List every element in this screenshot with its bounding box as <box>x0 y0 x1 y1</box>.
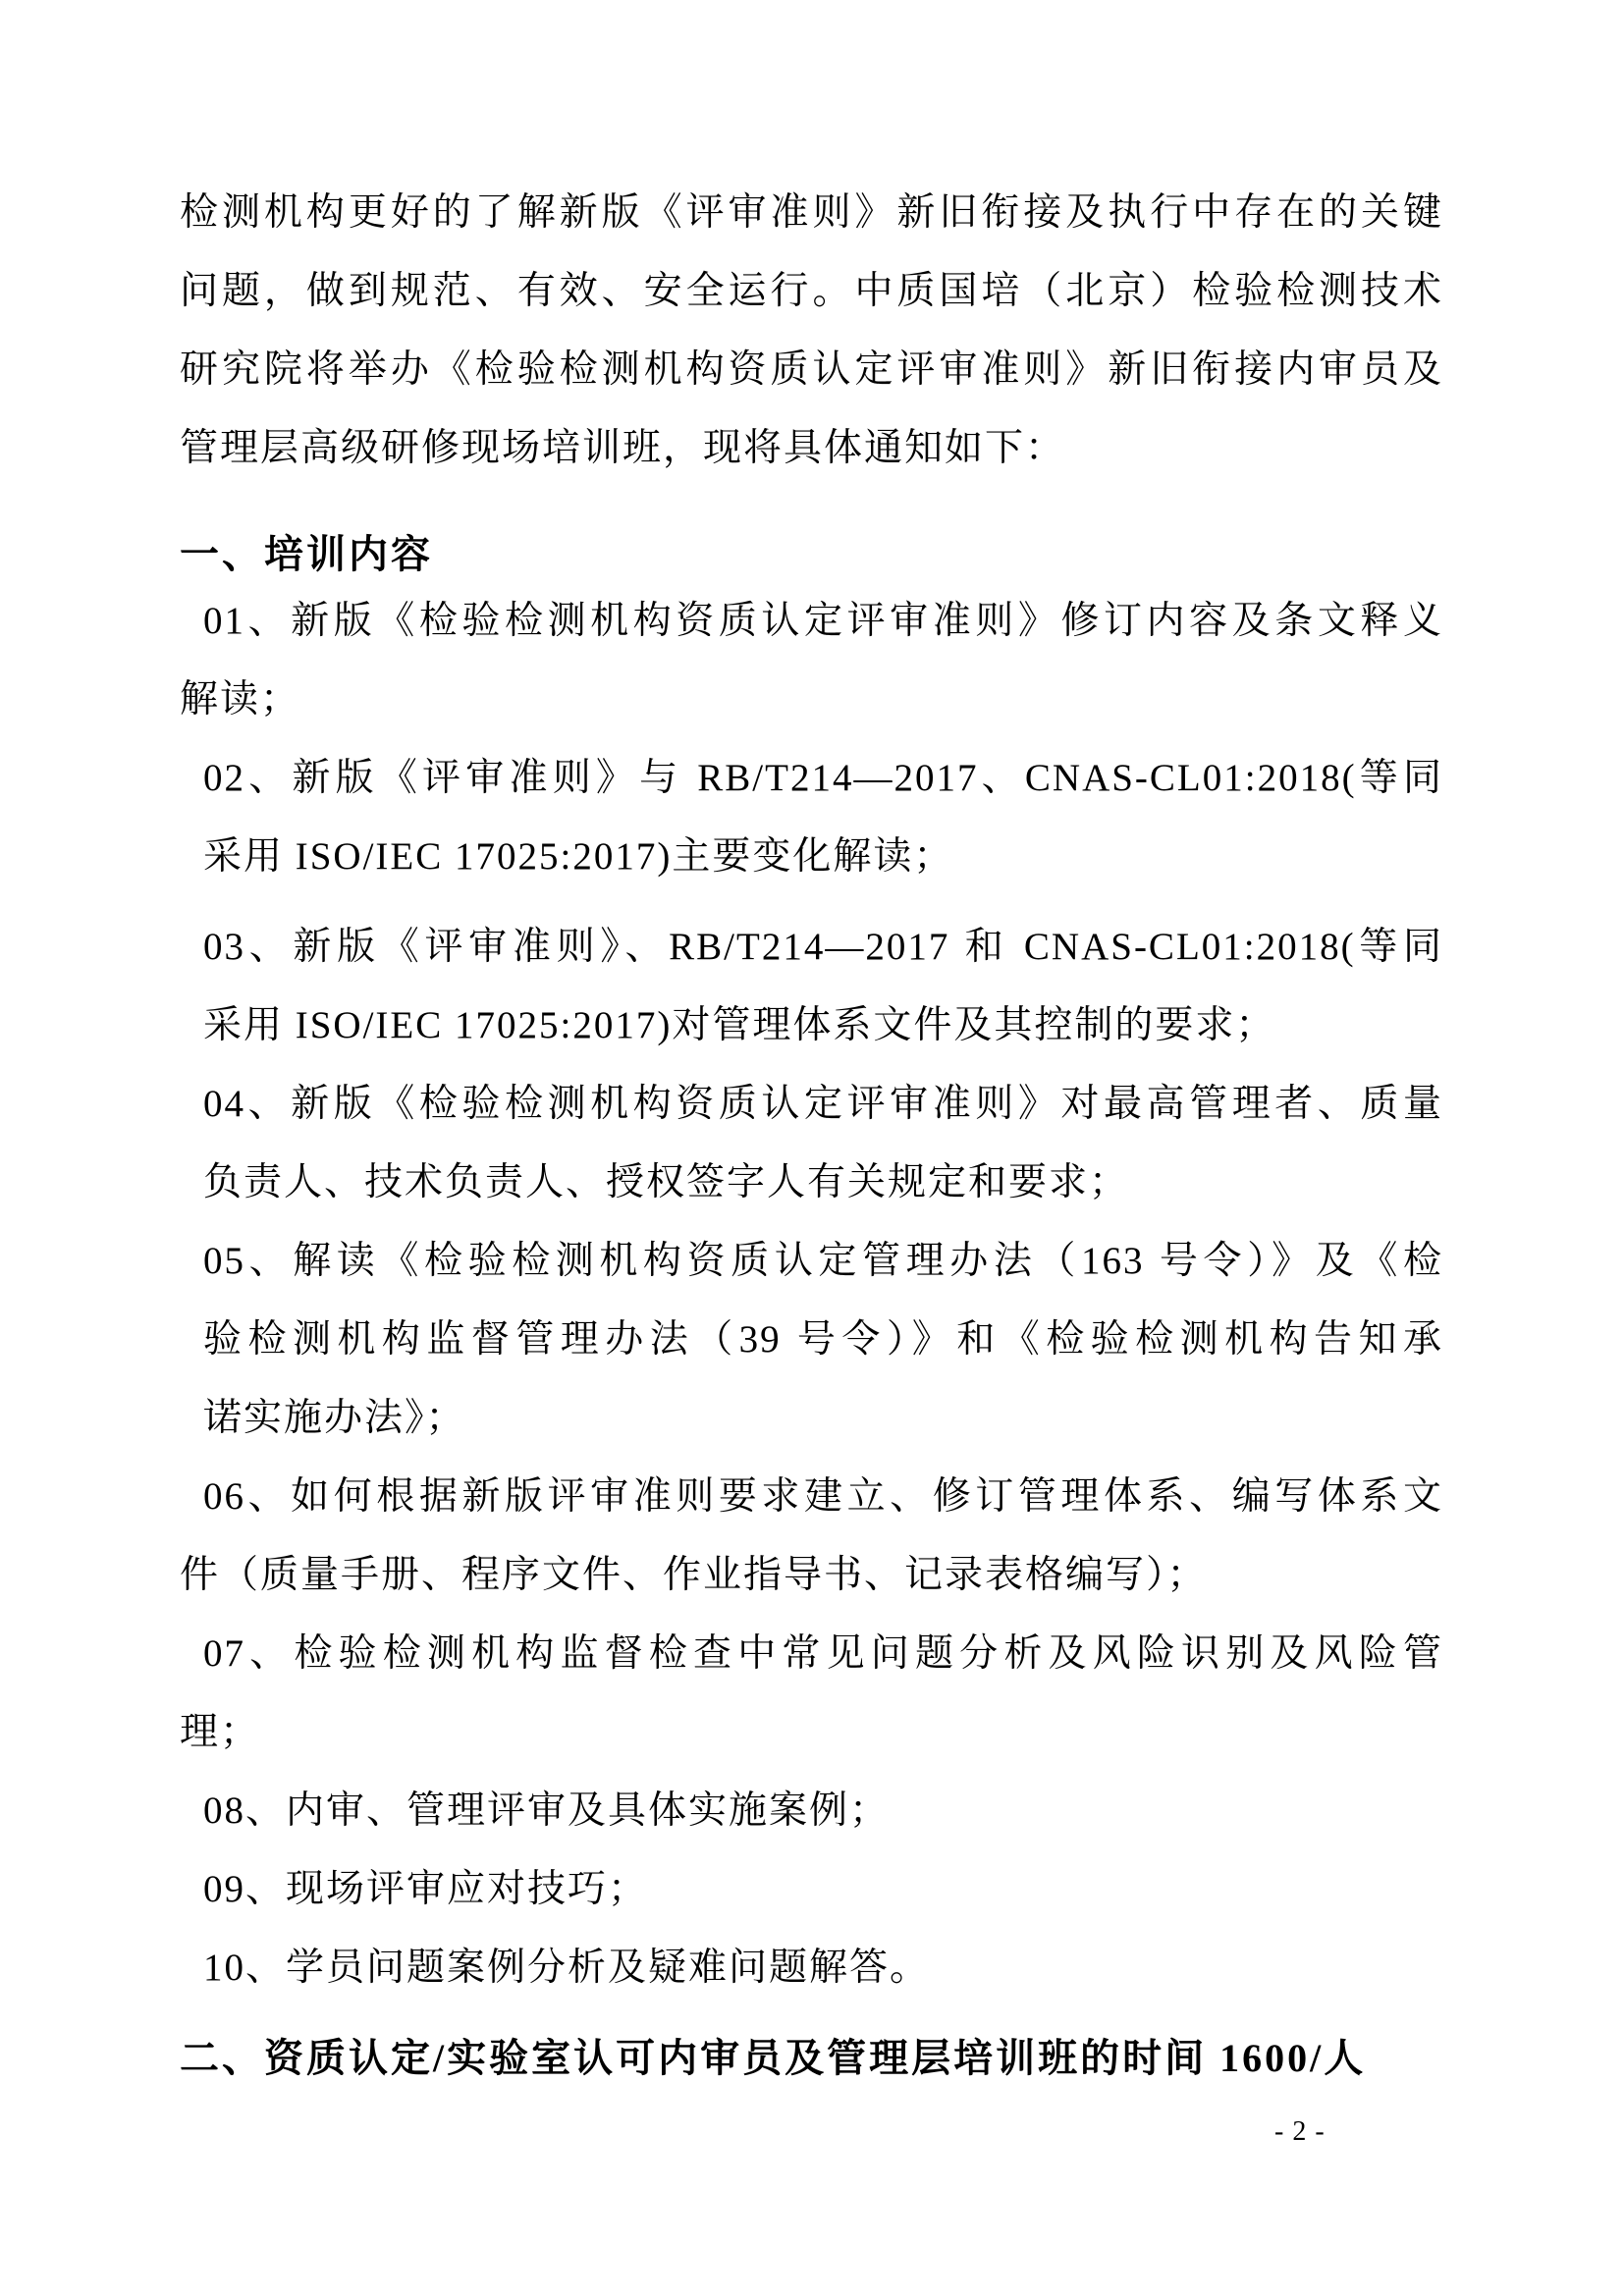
intro-line-1: 检测机构更好的了解新版《评审准则》新旧衔接及执行中存在的关键 <box>180 174 1443 252</box>
item07-line-1: 07、检验检测机构监督检查中常见问题分析及风险识别及风险管 <box>203 1615 1443 1693</box>
item02-line-1: 02、新版《评审准则》与 RB/T214—2017、CNAS-CL01:2018… <box>203 739 1443 818</box>
section1-heading: 一、培训内容 <box>180 527 1443 582</box>
item05-line-1: 05、解读《检验检测机构资质认定管理办法（163 号令）》及《检 <box>203 1222 1443 1301</box>
item08-line: 08、内审、管理评审及具体实施案例； <box>203 1772 1443 1850</box>
item02-line-2: 采用 ISO/IEC 17025:2017)主要变化解读； <box>203 818 1443 896</box>
item05-line-2: 验检测机构监督管理办法（39 号令）》和《检验检测机构告知承 <box>203 1301 1443 1379</box>
item03-line-1: 03、新版《评审准则》、RB/T214—2017 和 CNAS-CL01:201… <box>203 908 1443 987</box>
item07-line-2: 理； <box>180 1693 1443 1772</box>
item04-line-1: 04、新版《检验检测机构资质认定评审准则》对最高管理者、质量 <box>203 1065 1443 1144</box>
intro-line-3: 研究院将举办《检验检测机构资质认定评审准则》新旧衔接内审员及 <box>180 331 1443 409</box>
intro-line-4: 管理层高级研修现场培训班，现将具体通知如下： <box>180 409 1443 488</box>
document-page: 检测机构更好的了解新版《评审准则》新旧衔接及执行中存在的关键 问题，做到规范、有… <box>0 0 1624 2296</box>
item01-line-2: 解读； <box>180 661 1443 739</box>
item09-line: 09、现场评审应对技巧； <box>203 1850 1443 1929</box>
intro-line-2: 问题，做到规范、有效、安全运行。中质国培（北京）检验检测技术 <box>180 252 1443 331</box>
item04-line-2: 负责人、技术负责人、授权签字人有关规定和要求； <box>203 1144 1443 1222</box>
item05-line-3: 诺实施办法》； <box>203 1379 1443 1458</box>
item06-line-2: 件（质量手册、程序文件、作业指导书、记录表格编写）； <box>180 1536 1443 1615</box>
document-body: 检测机构更好的了解新版《评审准则》新旧衔接及执行中存在的关键 问题，做到规范、有… <box>180 174 1443 2098</box>
item10-line: 10、学员问题案例分析及疑难问题解答。 <box>203 1929 1443 2007</box>
item01-line-1: 01、新版《检验检测机构资质认定评审准则》修订内容及条文释义 <box>203 582 1443 661</box>
item03-line-2: 采用 ISO/IEC 17025:2017)对管理体系文件及其控制的要求； <box>203 987 1443 1065</box>
page-number: - 2 - <box>1274 2114 1326 2150</box>
item06-line-1: 06、如何根据新版评审准则要求建立、修订管理体系、编写体系文 <box>203 1458 1443 1536</box>
section2-heading: 二、资质认定/实验室认可内审员及管理层培训班的时间 1600/人 <box>180 2019 1443 2098</box>
